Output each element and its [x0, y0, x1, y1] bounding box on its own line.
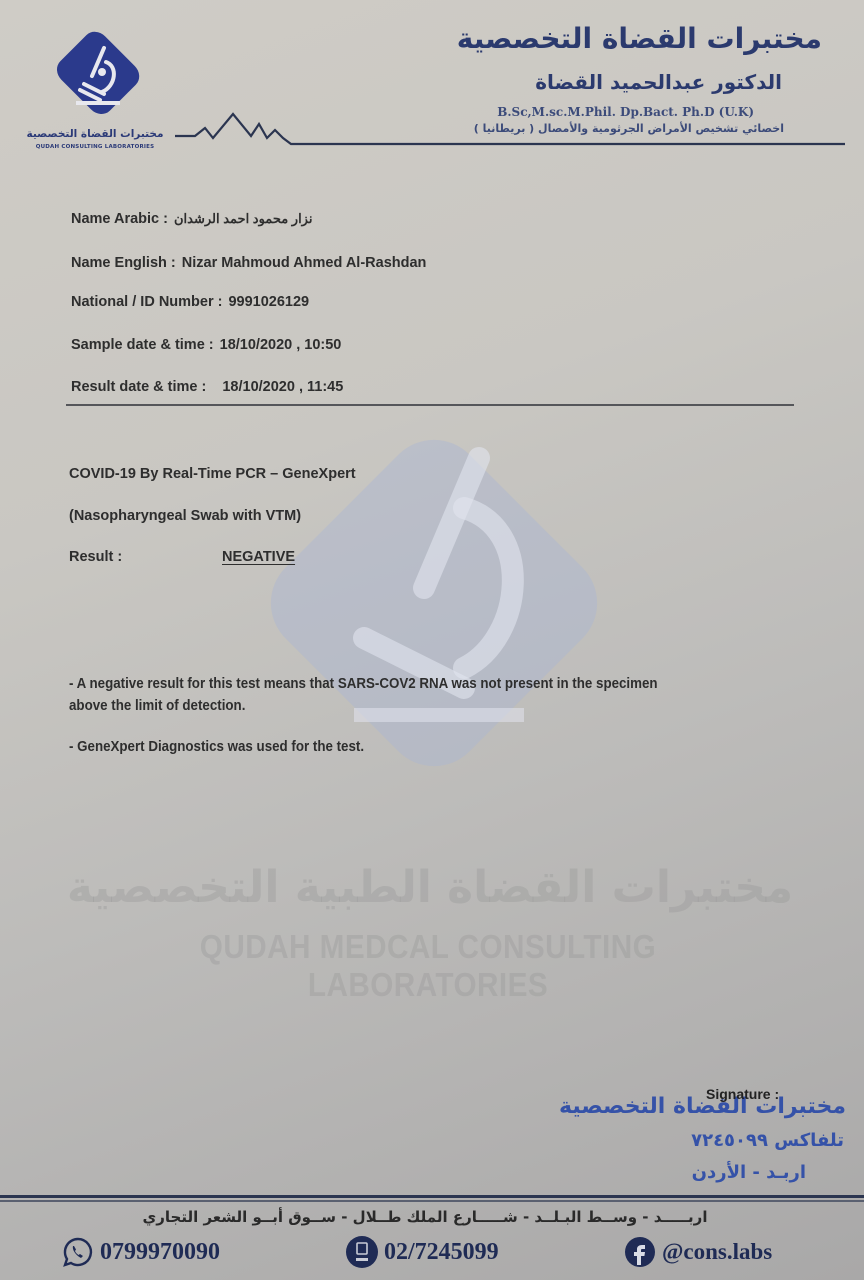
- name-english-label: Name English :: [71, 255, 176, 271]
- result-value: NEGATIVE: [222, 549, 295, 565]
- signature-label: Signature :: [706, 1086, 779, 1102]
- doctor-specialty: اخصائي تشخيص الأمراض الجرثومية والأمصال …: [474, 122, 784, 135]
- name-arabic-label: Name Arabic :: [71, 211, 168, 227]
- watermark-english: QUDAH MEDCAL CONSULTING LABORATORIES: [95, 928, 761, 1004]
- note-line-3: - GeneXpert Diagnostics was used for the…: [69, 739, 364, 755]
- national-id-value: 9991026129: [228, 294, 309, 310]
- sample-datetime-value: 18/10/2020 , 10:50: [220, 337, 342, 353]
- lab-logo: [46, 28, 150, 118]
- name-arabic-value: نزار محمود احمد الرشدان: [174, 211, 313, 226]
- stamp-telefax: تلفاكس ٧٢٤٥٠٩٩: [691, 1130, 844, 1151]
- facebook-handle: @cons.labs: [662, 1239, 772, 1265]
- facebook-icon: [624, 1236, 656, 1268]
- result-datetime-row: Result date & time :18/10/2020 , 11:45: [71, 379, 343, 395]
- facebook-contact[interactable]: @cons.labs: [624, 1236, 772, 1268]
- stamp-location: اربـد - الأردن: [692, 1162, 806, 1183]
- result-datetime-label: Result date & time :: [71, 379, 206, 395]
- doctor-name: الدكتور عبدالحميد القضاة: [535, 70, 782, 94]
- sample-datetime-label: Sample date & time :: [71, 337, 214, 353]
- result-label: Result :: [69, 549, 122, 565]
- footer-divider: [0, 1195, 864, 1198]
- watermark-arabic: مختبرات القضاة الطبية التخصصية: [60, 862, 800, 913]
- name-english-value: Nizar Mahmoud Ahmed Al-Rashdan: [182, 255, 427, 271]
- footer-address: اربـــــد - وســط البـلــد - شـــــارع ا…: [110, 1208, 740, 1226]
- logo-caption-english: QUDAH CONSULTING LABORATORIES: [14, 144, 176, 150]
- phone-number: 02/7245099: [384, 1239, 499, 1266]
- note-line-2: above the limit of detection.: [69, 698, 245, 714]
- test-name: COVID-19 By Real-Time PCR – GeneXpert: [69, 466, 356, 482]
- sample-datetime-row: Sample date & time :18/10/2020 , 10:50: [71, 337, 341, 353]
- section-divider: [66, 404, 794, 406]
- phone-icon: [346, 1236, 378, 1268]
- national-id-label: National / ID Number :: [71, 294, 222, 310]
- whatsapp-icon: [62, 1236, 94, 1268]
- footer-divider-thin: [0, 1200, 864, 1202]
- logo-caption-arabic: مختبرات القضاة التخصصية: [14, 128, 176, 140]
- test-specimen: (Nasopharyngeal Swab with VTM): [69, 508, 301, 524]
- name-arabic-row: Name Arabic :نزار محمود احمد الرشدان: [71, 211, 312, 227]
- name-english-row: Name English :Nizar Mahmoud Ahmed Al-Ras…: [71, 255, 426, 271]
- national-id-row: National / ID Number :9991026129: [71, 294, 309, 310]
- doctor-degrees: B.Sc,M.sc.M.Phil. Dp.Bact. Ph.D (U.K): [497, 105, 754, 119]
- whatsapp-contact[interactable]: 0799970090: [62, 1236, 220, 1268]
- result-datetime-value: 18/10/2020 , 11:45: [222, 379, 343, 395]
- phone-contact[interactable]: 02/7245099: [346, 1236, 499, 1268]
- stamp-lab-name: مختبرات القضاة التخصصية: [559, 1094, 846, 1119]
- note-line-1: - A negative result for this test means …: [69, 676, 658, 692]
- lab-name-title: مختبرات القضاة التخصصية: [457, 22, 822, 55]
- whatsapp-number: 0799970090: [100, 1239, 220, 1266]
- microscope-logo-icon: [46, 28, 150, 118]
